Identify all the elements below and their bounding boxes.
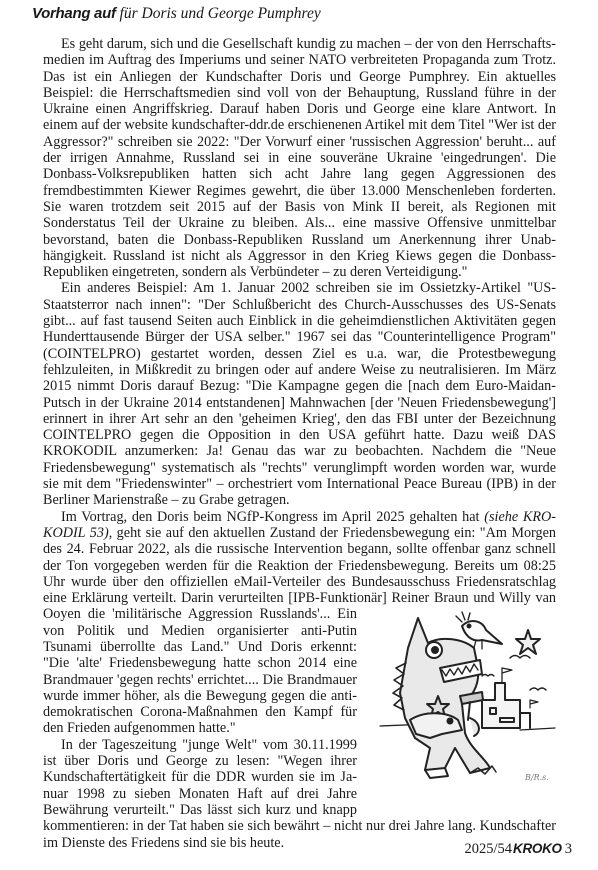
magazine-brand: KROKO [513, 841, 562, 856]
paragraph-2: Ein anderes Beispiel: Am 1. Januar 2002 … [43, 280, 556, 508]
crocodile-cartoon-icon: B/R.s. [370, 608, 570, 788]
artist-signature: B/R.s. [524, 773, 549, 782]
page-number: 3 [565, 841, 572, 857]
title-subtitle: für Doris und George Pumphrey [120, 5, 321, 22]
issue-number: 2025/54 [464, 841, 512, 857]
paragraph-3-start: Im Vortrag, den Doris beim NGfP-Kongress… [61, 509, 484, 525]
page-footer: 2025/54KROKO3 [464, 841, 572, 858]
title-kicker: Vorhang auf [32, 5, 116, 22]
article-title: Vorhang auf für Doris und George Pumphre… [32, 5, 321, 23]
magazine-page: Vorhang auf für Doris und George Pumphre… [0, 0, 598, 870]
paragraph-1: Es geht darum, sich und die Gesellschaft… [43, 36, 556, 280]
